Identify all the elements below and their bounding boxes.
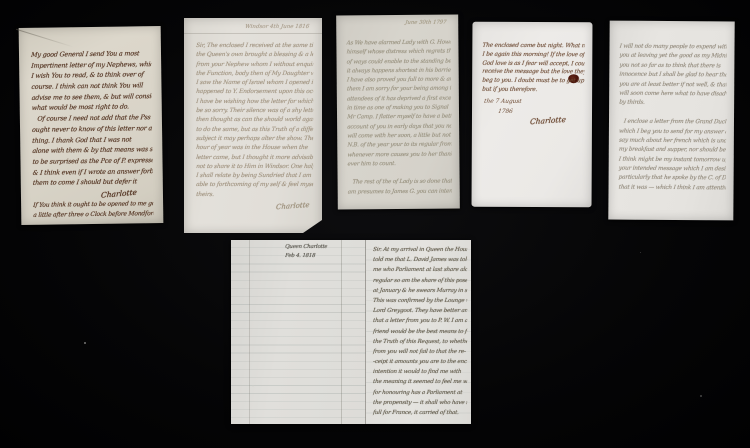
handwritten-line: theirs. bbox=[196, 191, 314, 200]
handwritten-line: by thirds. bbox=[619, 99, 727, 109]
letter-4: The enclosed came but night. What mustI … bbox=[472, 22, 593, 208]
letter-1: My good General I send You a mostImperti… bbox=[19, 26, 164, 225]
handwritten-line: innocence but I shall be glad to hear th… bbox=[619, 71, 727, 81]
handwritten-line: the Truth of this Request, to whether of bbox=[372, 337, 467, 347]
fold-crease bbox=[341, 240, 342, 424]
handwritten-line: to do the same, but as this Truth of a d… bbox=[196, 126, 314, 135]
handwritten-line: Sir. At my arrival in Queen the House bbox=[372, 245, 467, 255]
handwritten-line: hour of year was in the House when the bbox=[196, 144, 314, 153]
dust-speck bbox=[84, 342, 86, 344]
handwritten-line: I be again this morning! If the love of bbox=[482, 51, 585, 60]
handwritten-line: Sir, The enclosed I received at the same… bbox=[196, 42, 314, 51]
handwriting-body: As We have alarmed Lady with G. Howardhi… bbox=[346, 39, 451, 198]
handwriting-body: Sir, The enclosed I received at the same… bbox=[196, 42, 313, 200]
dust-speck bbox=[252, 385, 254, 387]
handwritten-line: particularly that he spoke by the C. of … bbox=[618, 174, 726, 184]
letter-6: Queen CharlotteFeb 4. 1818 Sir. At my ar… bbox=[231, 240, 471, 424]
handwritten-line: -ceipt it amounts you are to the enclose… bbox=[372, 357, 467, 367]
letter-6-right-page: Sir. At my arrival in Queen the Housetol… bbox=[366, 240, 471, 424]
letter-5: I will not do many people to expend with… bbox=[608, 21, 734, 221]
letter-3: June 30th 1797 As We have alarmed Lady w… bbox=[336, 14, 460, 209]
handwritten-line: for honouring has a Parliament at bbox=[372, 388, 467, 398]
handwritten-line: Lord Greygoot. They have better and of h… bbox=[372, 306, 467, 316]
handwritten-line: at January & he swears Murray in speeche… bbox=[372, 286, 467, 296]
handwritten-line: told me that L. David James was told bbox=[372, 255, 467, 265]
handwritten-line: the Queen's own brought a blessing & a l… bbox=[196, 51, 314, 60]
handwritten-line: that a letter from you to P. W. I am a bbox=[372, 316, 467, 326]
handwritten-line: intention it would to find me with bbox=[372, 367, 467, 377]
handwritten-line: letter came, but I thought it more advis… bbox=[196, 154, 314, 163]
letter-6-left-page: Queen CharlotteFeb 4. 1818 bbox=[231, 240, 366, 424]
handwritten-line: that it was — which I think I am attenti… bbox=[618, 183, 726, 193]
photograph-black-background: My good General I send You a mostImperti… bbox=[0, 0, 750, 448]
handwritten-line: Feb 4. 1818 bbox=[285, 252, 328, 261]
handwritten-line: I have be wishing how the letter for whi… bbox=[196, 98, 314, 107]
signature-charlotte: Charlotte bbox=[101, 186, 153, 199]
handwritten-line: Queen Charlotte bbox=[285, 243, 328, 252]
handwritten-line: N.B. of the year your to its regular fro… bbox=[347, 141, 452, 151]
handwritten-line: himself whose distress which regrets the… bbox=[346, 48, 451, 58]
handwritten-line: you at leaving yet the good as my Midnig… bbox=[619, 52, 727, 62]
handwritten-line: am presumes to James G. you can intend w… bbox=[347, 187, 452, 197]
dateline: June 30th 1797 bbox=[405, 20, 447, 26]
handwriting-body: Sir. At my arrival in Queen the Housetol… bbox=[373, 245, 467, 418]
handwriting-body: The enclosed came but night. What mustI … bbox=[482, 42, 584, 95]
handwritten-line: regular so am the share of this posed bbox=[372, 276, 467, 286]
docket-heading: Queen CharlotteFeb 4. 1818 bbox=[285, 243, 327, 261]
handwritten-line: me who Parliament at last share along bbox=[372, 265, 467, 275]
handwritten-line: from your Nephew whom I without enquiry … bbox=[196, 61, 314, 70]
handwritten-line: The enclosed came but night. What must bbox=[482, 42, 585, 51]
handwritten-line: friend would be the best means to forcin… bbox=[372, 327, 467, 337]
closing-date-line: the 7 August bbox=[484, 99, 522, 105]
handwritten-line: able to forthcoming of my self & feel my… bbox=[196, 181, 314, 190]
handwritten-line: the meaning it seemed to feel me with bbox=[372, 377, 467, 387]
handwritten-line: happened to Y. Endorsement upon this occ… bbox=[196, 88, 314, 97]
handwritten-line: from you will not fail to that the re- bbox=[372, 347, 467, 357]
handwritten-line: full for France, it carried of that. bbox=[372, 408, 467, 418]
dust-speck bbox=[640, 252, 641, 253]
handwritten-line: The rest of the of Lady is so done that … bbox=[347, 178, 452, 188]
handwritten-line: I enclose a letter from the Grand Duches… bbox=[618, 118, 726, 128]
closing-year: 1786 bbox=[498, 109, 514, 115]
handwritten-line: my breakfast and supper, nor should be bbox=[618, 146, 726, 156]
handwritten-line: subject it may perhaps alter the show. T… bbox=[196, 135, 314, 144]
signature-charlotte: Charlotte bbox=[276, 201, 313, 212]
fold-crease bbox=[184, 33, 322, 34]
handwritten-line: then thought as can the should world aga… bbox=[196, 116, 314, 125]
handwritten-line: This was confirmed by the Lounge with a bbox=[372, 296, 467, 306]
fold-crease bbox=[249, 240, 250, 424]
handwriting-body: I will not do many people to expend with… bbox=[618, 43, 726, 194]
handwritten-line: the Function, body then of My Daughter w… bbox=[196, 70, 314, 79]
postscript: If You think it ought to be opened to me… bbox=[33, 199, 153, 221]
handwritten-line: a little after three o Clock before Mond… bbox=[33, 209, 154, 221]
handwriting-body: My good General I send You a mostImperti… bbox=[31, 48, 153, 189]
handwritten-line: be so sorry. Their silence was of a shy … bbox=[196, 107, 314, 116]
dateline: Windsor 4th June 1816 bbox=[244, 24, 309, 30]
dust-speck bbox=[700, 395, 702, 397]
handwritten-line: the propensity — it shall who have seen bbox=[372, 398, 467, 408]
fold-crease bbox=[16, 29, 74, 48]
handwritten-line: not to share it to Him in Windsor. One h… bbox=[196, 163, 314, 172]
handwritten-line: Mr Camp. I flatter myself to have a bett… bbox=[347, 113, 452, 123]
letter-2: Windsor 4th June 1816 Sir, The enclosed … bbox=[184, 18, 322, 233]
